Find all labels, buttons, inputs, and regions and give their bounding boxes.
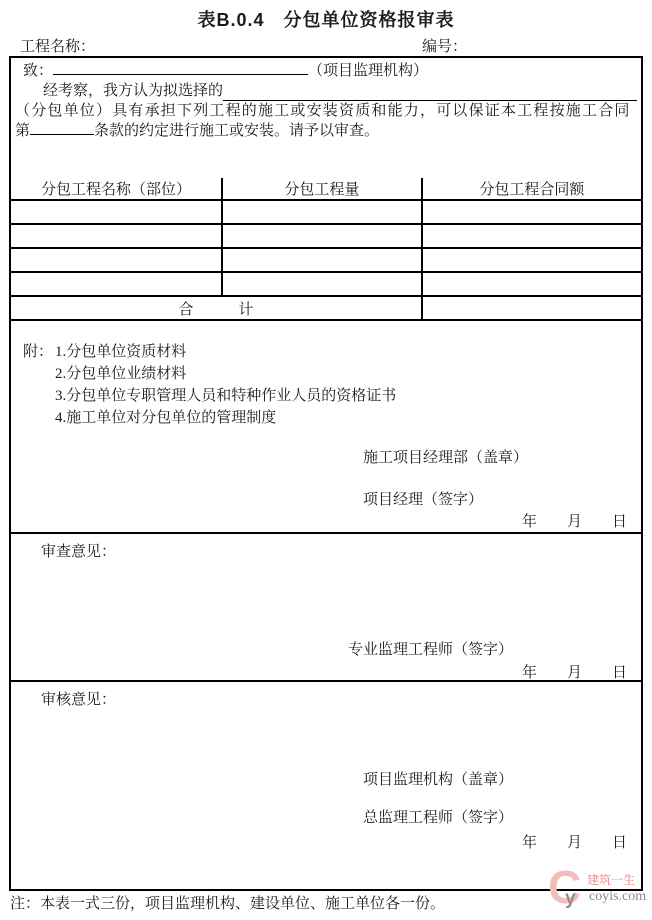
col-header-contract-amount: 分包工程合同额 <box>422 178 641 200</box>
form-border-box: 致：（项目监理机构） 经考察，我方认为拟选择的 （分包单位）具有承担下列工程的施… <box>9 56 643 891</box>
table-cell[interactable] <box>11 200 222 224</box>
table-cell[interactable] <box>222 272 422 296</box>
supervision-org-stamp-label: 项目监理机构（盖章） <box>363 768 513 789</box>
table-cell[interactable] <box>422 248 641 272</box>
table-cell[interactable] <box>422 224 641 248</box>
table-row <box>11 224 641 248</box>
total-value-cell[interactable] <box>422 296 641 320</box>
to-org-blank-field[interactable] <box>53 61 308 75</box>
table-row <box>11 200 641 224</box>
subcontract-works-table: 分包工程名称（部位） 分包工程量 分包工程合同额 合 计 <box>11 178 641 321</box>
table-cell[interactable] <box>222 200 422 224</box>
table-cell[interactable] <box>11 248 222 272</box>
to-org-suffix: （项目监理机构） <box>308 63 428 79</box>
contractor-date-line: 年 月 日 <box>522 510 627 531</box>
line2-prefix: 经考察，我方认为拟选择的 <box>43 81 223 101</box>
capability-statement-line: （分包单位）具有承担下列工程的施工或安装资质和能力，可以保证本工程按施工合同 <box>15 101 637 121</box>
number-label: 编号： <box>422 35 467 56</box>
footer-note: 注：本表一式三份，项目监理机构、建设单位、施工单位各一份。 <box>10 892 445 913</box>
col-header-work-quantity: 分包工程量 <box>222 178 422 200</box>
to-label: 致： <box>23 63 53 79</box>
total-label-cell: 合 计 <box>11 296 422 320</box>
review-opinion-label: 审查意见： <box>41 540 116 561</box>
attachments-label: 附： <box>23 341 53 429</box>
table-row <box>11 248 641 272</box>
section-review-opinion: 审查意见： 专业监理工程师（签字） 年 月 日 <box>11 532 641 680</box>
col-header-work-name: 分包工程名称（部位） <box>11 178 222 200</box>
chief-engineer-signature-label: 总监理工程师（签字） <box>363 806 513 827</box>
table-cell[interactable] <box>422 200 641 224</box>
attachment-item: 3.分包单位专职管理人员和特种作业人员的资格证书 <box>55 385 396 407</box>
application-paragraph: 致：（项目监理机构） 经考察，我方认为拟选择的 （分包单位）具有承担下列工程的施… <box>15 61 637 141</box>
line4-suffix: 条款的约定进行施工或安装。请予以审查。 <box>94 123 379 139</box>
watermark-brand-text: 建筑一生 <box>587 871 635 888</box>
review-date-line: 年 月 日 <box>522 661 627 682</box>
project-manager-signature-label: 项目经理（签字） <box>363 488 483 509</box>
table-row <box>11 272 641 296</box>
watermark-site-text: coyis.com <box>589 889 646 905</box>
watermark-logo-y-icon: y <box>565 888 576 910</box>
table-cell[interactable] <box>11 224 222 248</box>
section-audit-opinion: 审核意见： 项目监理机构（盖章） 总监理工程师（签字） 年 月 日 <box>11 680 641 889</box>
page-title: 表B.0.4 分包单位资格报审表 <box>0 6 652 32</box>
attachment-item: 4.施工单位对分包单位的管理制度 <box>55 407 396 429</box>
audit-opinion-label: 审核意见： <box>41 688 116 709</box>
line4-prefix: 第 <box>15 123 30 139</box>
clause-number-blank-field[interactable] <box>30 121 94 135</box>
audit-date-line: 年 月 日 <box>522 831 627 852</box>
clause-line: 第条款的约定进行施工或安装。请予以审查。 <box>15 121 637 141</box>
attachments-list: 附： 1.分包单位资质材料 2.分包单位业绩材料 3.分包单位专职管理人员和特种… <box>23 341 396 429</box>
project-name-label: 工程名称： <box>20 39 95 55</box>
header-meta-row: 工程名称： 编号： <box>20 35 643 55</box>
table-total-row: 合 计 <box>11 296 641 320</box>
table-cell[interactable] <box>11 272 222 296</box>
to-line: 致：（项目监理机构） <box>23 61 637 81</box>
subcontractor-name-blank-field[interactable] <box>223 84 637 101</box>
contractor-org-stamp-label: 施工项目经理部（盖章） <box>363 446 528 467</box>
attachment-item: 1.分包单位资质材料 <box>55 341 396 363</box>
table-cell[interactable] <box>222 248 422 272</box>
watermark: C y 建筑一生 coyis.com <box>548 864 652 918</box>
table-header-row: 分包工程名称（部位） 分包工程量 分包工程合同额 <box>11 178 641 200</box>
attachment-item: 2.分包单位业绩材料 <box>55 363 396 385</box>
table-cell[interactable] <box>222 224 422 248</box>
section-application: 致：（项目监理机构） 经考察，我方认为拟选择的 （分包单位）具有承担下列工程的施… <box>11 58 641 532</box>
selected-subcontractor-line: 经考察，我方认为拟选择的 <box>43 81 637 101</box>
supervising-engineer-signature-label: 专业监理工程师（签字） <box>348 638 513 659</box>
table-cell[interactable] <box>422 272 641 296</box>
